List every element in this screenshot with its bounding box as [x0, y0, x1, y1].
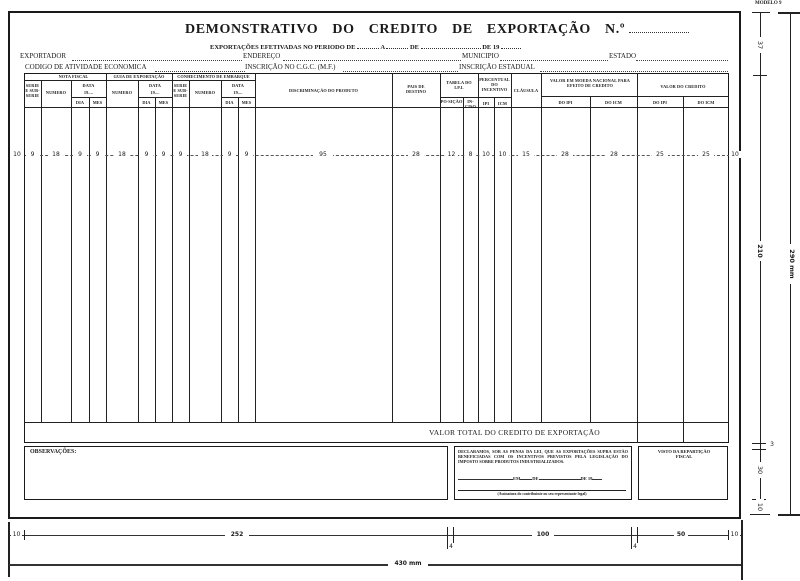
codigo-atividade-label: CODIGO DE ATIVIDADE ECONOMICA	[25, 63, 147, 71]
header-pais-destino: PAIS DE DESTINO	[400, 84, 432, 94]
dim-label: 95	[313, 151, 333, 158]
valor-sub-line	[541, 96, 729, 97]
total-credit-label: VALOR TOTAL DO CREDITO DE EXPORTAÇÃO	[392, 428, 637, 437]
col-line	[541, 73, 542, 422]
header-numero: NUMERO	[106, 90, 138, 95]
header-data: DATA	[221, 83, 255, 88]
exportador-field[interactable]	[72, 60, 242, 61]
header-mes: MES	[238, 100, 255, 105]
dim-label: 210	[756, 241, 764, 261]
form-title: DEMONSTRATIVO DO CREDITO DE EXPORTAÇÃO N…	[185, 22, 689, 38]
header-dia: DIA	[221, 100, 238, 105]
dim-tick	[8, 522, 10, 577]
date-sub-line	[221, 97, 255, 98]
dim-label: 10	[756, 499, 764, 515]
inscricao-estadual-label: INSCRIÇÃO ESTADUAL	[459, 63, 535, 71]
header-posicao: PO-SIÇÃO	[440, 99, 463, 104]
observacoes-box[interactable]: OBSERVAÇÕES:	[24, 446, 448, 500]
dimension-line-total	[9, 564, 741, 566]
header-icm: ICM	[494, 101, 511, 106]
date-sub-line	[138, 97, 172, 98]
title-word: DEMONSTRATIVO	[185, 22, 318, 37]
header-do-ipi: DO IPI	[637, 100, 683, 105]
header-do-ipi: DO IPI	[541, 100, 590, 105]
title-word: DO	[332, 22, 354, 37]
col-line	[221, 80, 222, 422]
title-word: CREDITO	[369, 22, 438, 37]
header-tabela-ipi: TABELA DO I.P.I.	[442, 80, 476, 90]
period-year-label: DE 19	[482, 44, 499, 51]
dim-label: 3	[768, 441, 776, 448]
exportador-label: EXPORTADOR	[20, 52, 66, 60]
group-header-line	[24, 80, 255, 81]
col-line	[440, 73, 441, 422]
period-de-label: DE	[410, 44, 419, 51]
dim-label: 15	[518, 151, 534, 158]
dim-label: 18	[49, 151, 63, 158]
period-a-label: A	[380, 44, 384, 51]
export-credit-table	[24, 73, 729, 443]
dim-tick	[753, 75, 767, 76]
signature-field[interactable]	[458, 490, 626, 491]
dim-label: 9	[223, 151, 236, 158]
endereco-label: ENDEREÇO	[243, 52, 280, 60]
cgc-label: INSCRIÇÃO NO C.G.C. (M.F.)	[245, 63, 335, 71]
dim-tick	[778, 514, 800, 516]
header-data: DATA	[71, 83, 106, 88]
col-line	[106, 73, 107, 422]
header-mes: MES	[89, 100, 106, 105]
header-mes: MES	[155, 100, 172, 105]
de19-label: DE 19	[581, 476, 593, 481]
dim-label: 28	[557, 151, 573, 158]
header-conhecimento-embarque: CONHECIMENTO DE EMBARQUE	[172, 74, 255, 79]
dim-tick	[752, 443, 766, 444]
declaration-box: DECLARAMOS, SOB AS PENAS DA LEI, QUE AS …	[454, 446, 632, 500]
dim-label: 10	[729, 151, 741, 158]
dim-tick	[752, 449, 766, 450]
header-guia-exportacao: GUIA DE EXPORTAÇÃO	[106, 74, 172, 79]
city-field[interactable]	[458, 475, 513, 480]
total-ipi-cell[interactable]	[637, 422, 683, 442]
day-field[interactable]	[520, 475, 532, 480]
dim-label: 10	[11, 531, 22, 538]
header-ipi: IPI	[478, 101, 494, 106]
dim-label: 9	[157, 151, 170, 158]
col-line	[590, 96, 591, 422]
dim-label: 10	[480, 151, 492, 158]
header-dia: DIA	[138, 100, 155, 105]
period-end-field[interactable]	[386, 42, 408, 49]
col-line	[155, 97, 156, 422]
month-field[interactable]	[539, 475, 581, 480]
dim-label: 10	[729, 531, 740, 538]
header-serie: SERIE E SUB-SERIE	[24, 83, 41, 98]
header-do-icm: DO ICM	[683, 100, 729, 105]
dim-tick	[24, 530, 25, 540]
col-line	[392, 73, 393, 422]
observacoes-label: OBSERVAÇÕES:	[30, 449, 76, 455]
title-word: EXPORTAÇÃO	[487, 22, 591, 37]
col-line	[637, 73, 638, 443]
dim-label: 25	[698, 151, 714, 158]
codigo-atividade-field[interactable]	[155, 71, 245, 72]
dim-label: 8	[465, 151, 476, 158]
title-number-label: N.º	[605, 22, 625, 37]
header-numero: NUMERO	[41, 90, 71, 95]
header-do-icm: DO ICM	[590, 100, 637, 105]
form-number-field[interactable]	[629, 22, 689, 33]
header-clausula: CLÁUSULA	[511, 88, 541, 93]
header-numero: NUMERO	[189, 90, 221, 95]
header-valor-credito: VALOR DO CREDITO	[637, 84, 729, 89]
dim-label: 252	[225, 531, 249, 538]
endereco-field[interactable]	[283, 60, 461, 61]
dim-tick	[750, 514, 770, 515]
title-word: DE	[452, 22, 473, 37]
total-icm-cell[interactable]	[683, 422, 729, 442]
header-data: DATA	[138, 83, 172, 88]
declaration-text: DECLARAMOS, SOB AS PENAS DA LEI, QUE AS …	[458, 449, 628, 464]
dim-right-inner-line	[760, 12, 761, 514]
header-divider	[24, 107, 729, 108]
model-label: MODELO 9	[755, 1, 782, 6]
col-line	[41, 80, 42, 422]
period-line: EXPORTAÇÕES EFETIVADAS NO PERIODO DE A D…	[210, 42, 521, 51]
dim-label: 50	[674, 531, 688, 538]
year-field[interactable]	[592, 475, 602, 480]
dim-label: 9	[73, 151, 87, 158]
header-inciso: IN-CISO	[463, 99, 478, 109]
total-row-divider	[24, 422, 729, 423]
municipio-field[interactable]	[500, 60, 608, 61]
header-data-year: 19....	[71, 90, 106, 95]
dim-label: 10	[496, 151, 509, 158]
dim-label: 4	[632, 543, 638, 550]
dimension-line-row1	[9, 535, 742, 536]
col-line	[172, 73, 173, 422]
dim-label: 9	[240, 151, 253, 158]
header-discriminacao: DISCRIMINAÇÃO DO PRODUTO	[255, 88, 392, 93]
header-valor-moeda: VALOR EM MOEDA NACIONAL PARA EFEITO DE C…	[548, 78, 632, 88]
dim-tick	[741, 520, 743, 580]
col-line	[478, 73, 479, 422]
dim-label: 4	[448, 543, 454, 550]
dim-label: 28	[606, 151, 622, 158]
header-percentual: PERCENTUAL DO INCENTIVO	[478, 77, 511, 92]
dim-label: 18	[115, 151, 129, 158]
date-sub-line	[71, 97, 106, 98]
header-data-year: 19....	[221, 90, 255, 95]
visto-box[interactable]: VISTO DA REPARTIÇÃO FISCAL	[638, 446, 728, 500]
visto-label: VISTO DA REPARTIÇÃO FISCAL	[654, 449, 714, 459]
dim-total-height-label: 290 mm	[788, 244, 796, 284]
declaration-date-line: EMDEDE 19	[458, 475, 628, 481]
col-line	[89, 97, 90, 422]
dim-label: 10	[10, 151, 24, 158]
dim-tick	[778, 12, 800, 14]
period-year-field[interactable]	[501, 42, 521, 49]
header-serie: SERIE E SUB-SERIE	[172, 83, 189, 98]
col-line	[238, 97, 239, 422]
col-line	[138, 80, 139, 422]
period-label: EXPORTAÇÕES EFETIVADAS NO PERIODO DE	[210, 44, 355, 51]
dim-label: 9	[26, 151, 39, 158]
cgc-field[interactable]	[343, 71, 458, 72]
dim-label: 37	[756, 37, 764, 53]
dim-total-label: 430 mm	[388, 560, 428, 567]
estado-field[interactable]	[636, 60, 728, 61]
ipi-sub-line	[440, 97, 511, 98]
col-line	[255, 73, 256, 422]
dim-label: 9	[91, 151, 104, 158]
dim-label: 100	[532, 531, 554, 538]
dim-label: 12	[445, 151, 458, 158]
dim-tick	[752, 12, 770, 13]
col-line	[511, 73, 512, 422]
col-line	[71, 80, 72, 422]
dim-label: 25	[652, 151, 668, 158]
period-start-field[interactable]	[357, 42, 379, 49]
col-line	[463, 97, 464, 422]
municipio-label: MUNICIPIO	[462, 52, 499, 60]
dim-label: 9	[140, 151, 153, 158]
dim-label: 30	[756, 462, 764, 478]
period-month-field[interactable]	[421, 42, 481, 49]
inscricao-estadual-field[interactable]	[540, 71, 728, 72]
header-dia: DIA	[71, 100, 89, 105]
header-nota-fiscal: NOTA FISCAL	[41, 74, 106, 79]
em-label: EM	[513, 476, 520, 481]
estado-label: ESTADO	[609, 52, 636, 60]
header-data-year: 19....	[138, 90, 172, 95]
col-line	[494, 97, 495, 422]
dim-label: 9	[174, 151, 187, 158]
signature-caption: (Assinatura do contribuinte ou seu repre…	[458, 492, 626, 496]
dim-label: 28	[408, 151, 424, 158]
dim-label: 18	[198, 151, 212, 158]
col-line	[683, 96, 684, 443]
col-line	[189, 80, 190, 422]
